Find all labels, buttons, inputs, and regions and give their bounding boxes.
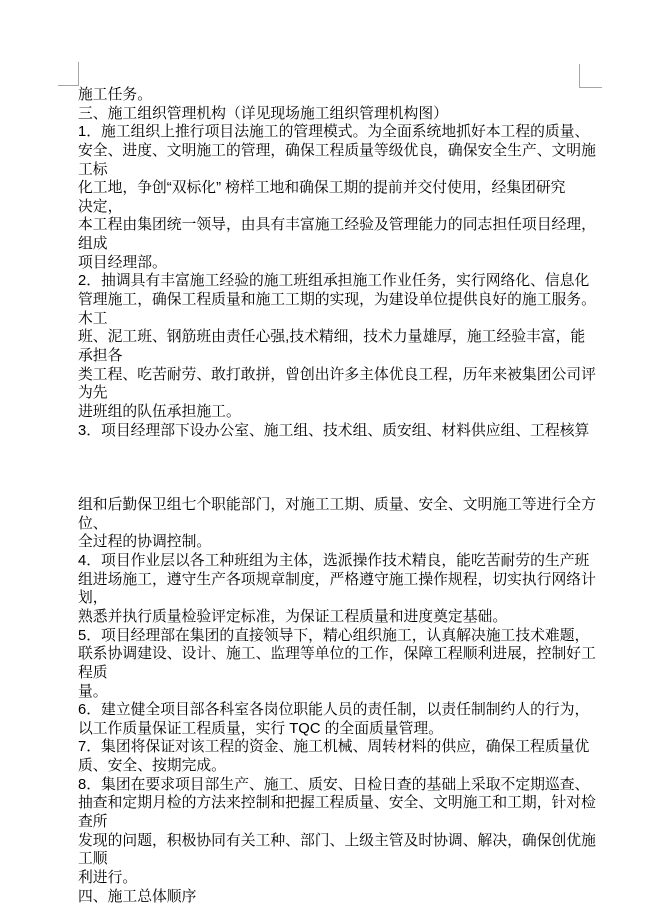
text-line: 质、安全、按期完成。 [78, 757, 590, 776]
text-line: 3．项目经理部下设办公室、施工组、技术组、质安组、材料供应组、工程核算 [78, 422, 590, 441]
text-line: 项目经理部。 [78, 254, 590, 273]
text-line: 安全、进度、文明施工的管理，确保工程质量等级优良，确保安全生产、文明施 [78, 142, 590, 161]
document-lines: 施工任务。三、施工组织管理机构（详见现场施工组织管理机构图）1．施工组织上推行项… [78, 86, 590, 906]
text-line: 工标 [78, 161, 590, 180]
text-line: 决定， [78, 198, 590, 217]
text-line: 联系协调建设、设计、施工、监理等单位的工作，保障工程顺利进展，控制好工 [78, 645, 590, 664]
text-line: 5．项目经理部在集团的直接领导下，精心组织施工，认真解决施工技术难题， [78, 627, 590, 646]
text-line: 全过程的协调控制。 [78, 533, 590, 552]
text-line: 划， [78, 589, 590, 608]
text-line: 进班组的队伍承担施工。 [78, 403, 590, 422]
text-line [78, 440, 590, 459]
text-line: 工顺 [78, 850, 590, 869]
document-page: 施工任务。三、施工组织管理机构（详见现场施工组织管理机构图）1．施工组织上推行项… [0, 0, 664, 923]
text-line: 位、 [78, 515, 590, 534]
text-line: 熟悉并执行质量检验评定标准，为保证工程质量和进度奠定基础。 [78, 608, 590, 627]
text-line: 程质 [78, 664, 590, 683]
text-line [78, 459, 590, 478]
text-line: 化工地，争创“双标化” 榜样工地和确保工期的提前并交付使用，经集团研究 [78, 179, 590, 198]
text-line: 利进行。 [78, 869, 590, 888]
text-line: 查所 [78, 813, 590, 832]
text-line: 2．抽调具有丰富施工经验的施工班组承担施工作业任务，实行网络化、信息化 [78, 272, 590, 291]
text-line: 以工作质量保证工程质量，实行 TQC 的全面质量管理。 [78, 720, 590, 739]
text-line: 三、施工组织管理机构（详见现场施工组织管理机构图） [78, 105, 590, 124]
text-line: 为先 [78, 384, 590, 403]
text-line: 6．建立健全项目部各科室各岗位职能人员的责任制，以责任制制约人的行为， [78, 701, 590, 720]
text-line: 组进场施工，遵守生产各项规章制度，严格遵守施工操作规程，切实执行网络计 [78, 571, 590, 590]
text-line: 发现的问题，积极协同有关工种、部门、上级主管及时协调、解决，确保创优施 [78, 832, 590, 851]
text-line: 7．集团将保证对该工程的资金、施工机械、周转材料的供应，确保工程质量优 [78, 738, 590, 757]
text-line: 班、泥工班、钢筋班由责任心强,技术精细，技术力量雄厚，施工经验丰富，能 [78, 328, 590, 347]
margin-mark-top-left-icon [58, 62, 79, 86]
text-line: 组成 [78, 235, 590, 254]
text-line: 承担各 [78, 347, 590, 366]
text-line: 抽查和定期月检的方法来控制和把握工程质量、安全、文明施工和工期，针对检 [78, 794, 590, 813]
text-line: 1．施工组织上推行项目法施工的管理模式。为全面系统地抓好本工程的质量、 [78, 123, 590, 142]
text-line: 施工任务。 [78, 86, 590, 105]
text-line: 4．项目作业层以各工种班组为主体，选派操作技术精良，能吃苦耐劳的生产班 [78, 552, 590, 571]
text-line: 木工 [78, 310, 590, 329]
text-line: 管理施工，确保工程质量和施工工期的实现，为建设单位提供良好的施工服务。 [78, 291, 590, 310]
text-line: 8．集团在要求项目部生产、施工、质安、日检日查的基础上采取不定期巡查、 [78, 776, 590, 795]
text-line: 本工程由集团统一领导，由具有丰富施工经验及管理能力的同志担任项目经理， [78, 216, 590, 235]
text-line: 四、施工总体顺序 [78, 888, 590, 907]
text-line: 量。 [78, 683, 590, 702]
margin-mark-top-right-icon [579, 64, 602, 88]
text-line: 组和后勤保卫组七个职能部门，对施工工期、质量、安全、文明施工等进行全方 [78, 496, 590, 515]
text-line: 类工程、吃苦耐劳、敢打敢拼，曾创出许多主体优良工程，历年来被集团公司评 [78, 366, 590, 385]
text-line [78, 477, 590, 496]
